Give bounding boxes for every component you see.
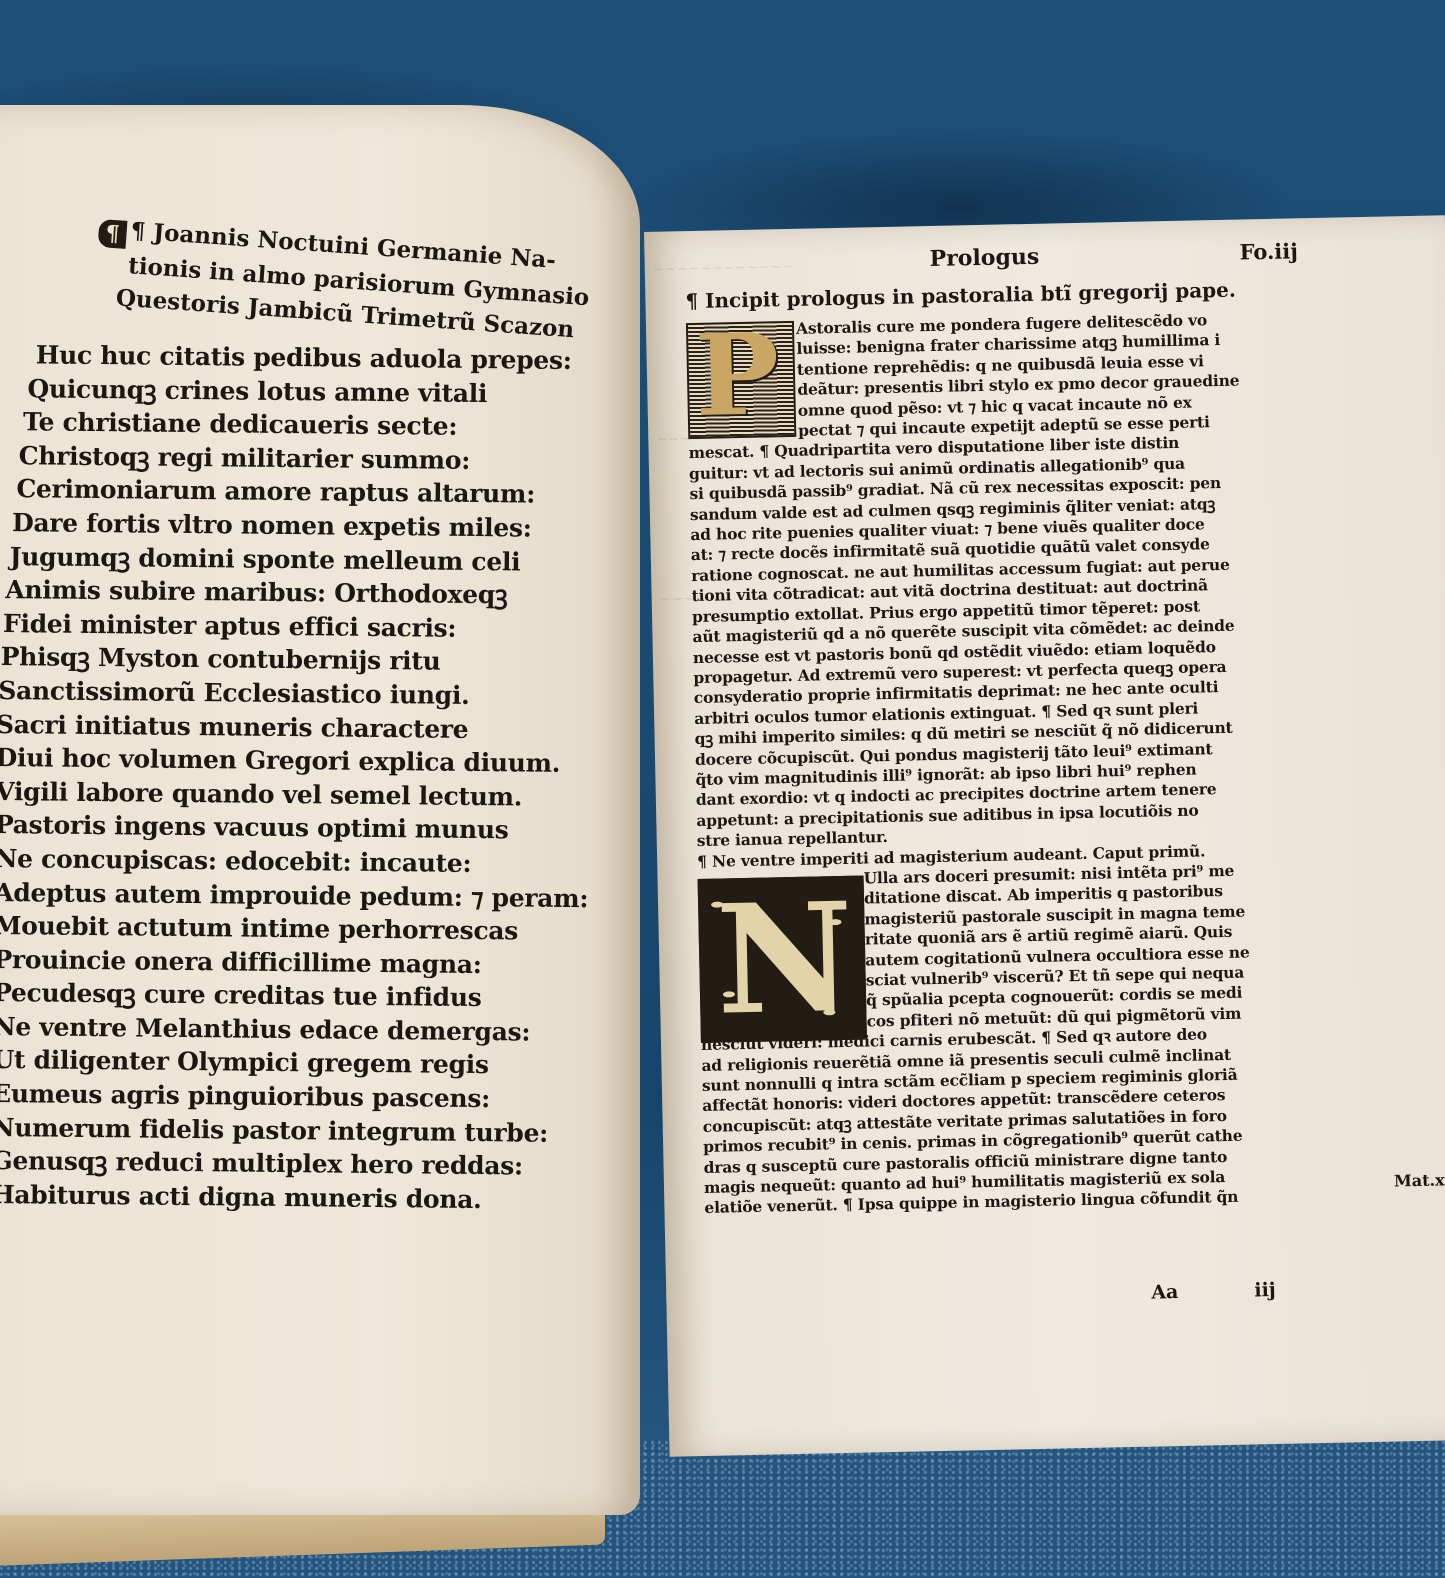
verse-line: Te christiane dedicaueris secte: bbox=[0, 405, 559, 444]
verse-line: Mouebit actutum intime perhorrescas bbox=[0, 909, 554, 948]
verse-line: Phisqꝫ Myston contubernijs ritu bbox=[0, 640, 557, 679]
incipit-line: ¶ Incipit prologus in pastoralia btĩ gre… bbox=[685, 278, 1236, 314]
signature-number: iij bbox=[1254, 1279, 1276, 1301]
verse-line: Ut diligenter Olympici gregem regis bbox=[0, 1043, 553, 1082]
verse-line: Pecudesqꝫ cure creditas tue infidus bbox=[0, 976, 553, 1015]
verse-poem: Huc huc citatis pedibus aduola prepes: Q… bbox=[0, 338, 560, 1217]
signature-letters: Aa bbox=[1151, 1281, 1179, 1304]
signature-mark: Aaiij bbox=[1151, 1277, 1352, 1303]
verse-line: Genusqꝫ reduci multiplex hero reddas: bbox=[0, 1144, 552, 1183]
verse-line: Eumeus agris pinguioribus pascens: bbox=[0, 1077, 552, 1116]
verse-line: Pastoris ingens vacuus optimi munus bbox=[0, 808, 555, 847]
prologue-text: Astoralis cure me pondera fugere delites… bbox=[686, 309, 1305, 1219]
running-head: Prologus bbox=[929, 244, 1039, 272]
verse-line: Numerum fidelis pastor integrum turbe: bbox=[0, 1111, 552, 1150]
show-through-text: ~~~~~~~~~~~~ bbox=[653, 259, 794, 278]
verse-line: Sanctissimorũ Ecclesiastico iungi. bbox=[0, 674, 556, 713]
verse-line: Ne concupiscas: edocebit: incaute: bbox=[0, 842, 555, 881]
right-page: ~~~~~~~~~~~~ ~~~~~~ ~~~~~~ Prologus Fo.i… bbox=[644, 215, 1445, 1457]
verse-line: Habiturus acti digna muneris dona. bbox=[0, 1178, 551, 1217]
right-page-content: Prologus Fo.iij ¶ Incipit prologus in pa… bbox=[684, 238, 1334, 252]
verse-line: Animis subire maribus: Orthodoxeqꝫ bbox=[0, 573, 558, 612]
pilcrow-icon: ¶ bbox=[98, 219, 128, 249]
verse-line: Huc huc citatis pedibus aduola prepes: bbox=[0, 338, 560, 377]
marginal-note: Mat.xxiij bbox=[1394, 1170, 1445, 1191]
verse-line: Diui hoc volumen Gregori explica diuum. bbox=[0, 741, 556, 780]
verse-line: Dare fortis vltro nomen expetis miles: bbox=[0, 506, 558, 545]
decorated-initial-n: N bbox=[698, 876, 867, 1043]
folio-number: Fo.iij bbox=[1239, 238, 1298, 264]
verse-line: Ne ventre Melanthius edace demergas: bbox=[0, 1010, 553, 1049]
